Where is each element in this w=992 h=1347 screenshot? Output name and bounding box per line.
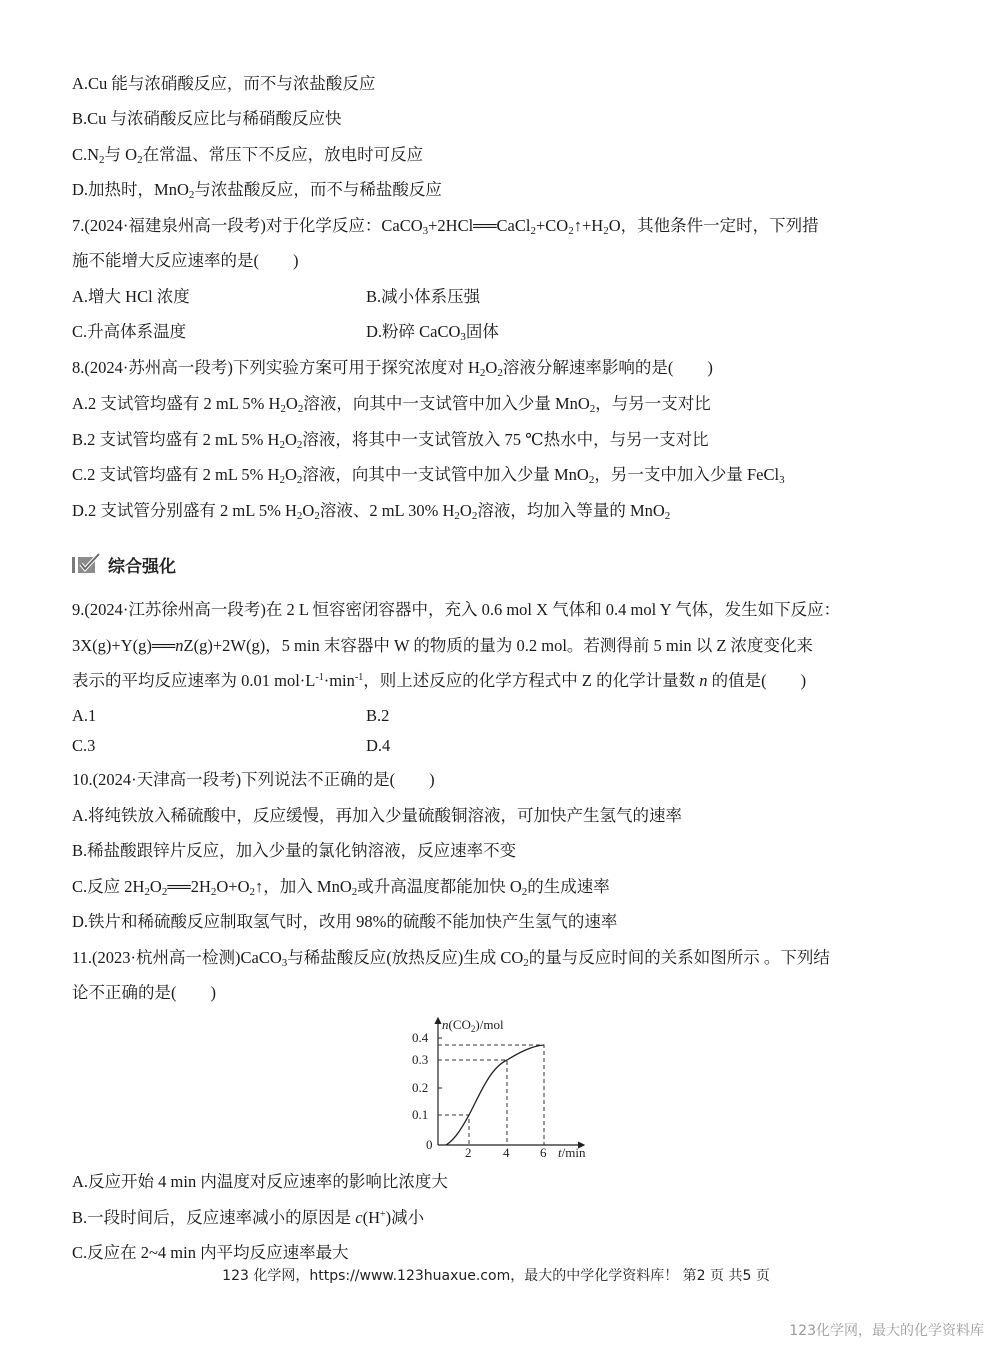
q9-option-a: A.1 [72, 705, 96, 727]
checkbox-check-icon [72, 553, 102, 575]
q11-option-a: A.反应开始 4 min 内温度对反应速率的影响比浓度大 [72, 1171, 448, 1193]
y-axis-label: n(CO2)/mol [442, 1017, 504, 1034]
q7-option-c: C.升高体系温度 [72, 321, 186, 343]
q10-stem: 10.(2024·天津高一段考)下列说法不正确的是() [72, 769, 435, 791]
origin-label: 0 [426, 1137, 433, 1152]
q10-option-c: C.反应 2H2O2══2H2O+O2↑，加入 MnO2或升高温度都能加快 O2… [72, 876, 610, 898]
watermark: 123化学网，最大的化学资料库 [789, 1320, 984, 1340]
q9-stem-line1: 9.(2024·江苏徐州高一段考)在 2 L 恒容密闭容器中，充入 0.6 mo… [72, 599, 840, 621]
q9-option-b: B.2 [366, 705, 389, 727]
q7-option-b: B.减小体系压强 [366, 286, 480, 308]
q11-option-c: C.反应在 2~4 min 内平均反应速率最大 [72, 1242, 349, 1264]
option-text: A.Cu 能与浓硝酸反应，而不与浓盐酸反应 [72, 74, 375, 93]
q9-stem-line3: 表示的平均反应速率为 0.01 mol·L-1·min-1，则上述反应的化学方程… [72, 670, 806, 692]
q8-option-d: D.2 支试管分别盛有 2 mL 5% H2O2溶液、2 mL 30% H2O2… [72, 500, 670, 522]
q7-stem-line1: 7.(2024·福建泉州高一段考)对于化学反应：CaCO3+2HCl══CaCl… [72, 215, 819, 237]
q7-option-a: A.增大 HCl 浓度 [72, 286, 190, 308]
x-tick-2: 2 [465, 1145, 472, 1160]
y-tick-0.3: 0.3 [412, 1052, 428, 1067]
y-tick-0.2: 0.2 [412, 1080, 428, 1095]
q8-option-a: A.2 支试管均盛有 2 mL 5% H2O2溶液，向其中一支试管中加入少量 M… [72, 393, 711, 415]
q10-option-a: A.将纯铁放入稀硫酸中，反应缓慢，再加入少量硫酸铜溶液，可加快产生氢气的速率 [72, 805, 682, 827]
q8-option-c: C.2 支试管均盛有 2 mL 5% H2O2溶液，向其中一支试管中加入少量 M… [72, 464, 785, 486]
x-tick-4: 4 [503, 1145, 510, 1160]
section-header: 综合强化 [72, 552, 176, 576]
q9-option-d: D.4 [366, 735, 390, 757]
q6-option-d: D.加热时，MnO2与浓盐酸反应，而不与稀盐酸反应 [72, 179, 442, 201]
y-tick-0.4: 0.4 [412, 1030, 429, 1045]
y-tick-0.1: 0.1 [412, 1107, 428, 1122]
q11-option-b: B.一段时间后，反应速率减小的原因是 c(H+)减小 [72, 1207, 424, 1229]
co2-time-chart: 0.4 0.3 0.2 0.1 0 2 4 6 n(CO2)/mol t/min [402, 1012, 598, 1160]
q10-option-b: B.稀盐酸跟锌片反应，加入少量的氯化钠溶液，反应速率不变 [72, 840, 516, 862]
q11-stem-line1: 11.(2023·杭州高一检测)CaCO3与稀盐酸反应(放热反应)生成 CO2的… [72, 947, 830, 969]
q7-option-d: D.粉碎 CaCO3固体 [366, 321, 499, 343]
q9-stem-line2: 3X(g)+Y(g)══nZ(g)+2W(g)，5 min 末容器中 W 的物质… [72, 635, 813, 657]
q9-option-c: C.3 [72, 735, 95, 757]
x-axis-label: t/min [558, 1145, 586, 1160]
q6-option-c: C.N2与 O2在常温、常压下不反应，放电时可反应 [72, 144, 423, 166]
q8-option-b: B.2 支试管均盛有 2 mL 5% H2O2溶液，将其中一支试管放入 75 ℃… [72, 429, 709, 451]
page-footer: 123 化学网，https://www.123huaxue.com，最大的中学化… [0, 1265, 992, 1285]
q8-stem: 8.(2024·苏州高一段考)下列实验方案可用于探究浓度对 H2O2溶液分解速率… [72, 357, 713, 379]
q6-option-a: A.Cu 能与浓硝酸反应，而不与浓盐酸反应 [72, 73, 375, 95]
x-tick-6: 6 [540, 1145, 547, 1160]
q11-stem-line2: 论不正确的是() [72, 982, 216, 1004]
q10-option-d: D.铁片和稀硫酸反应制取氢气时，改用 98%的硫酸不能加快产生氢气的速率 [72, 911, 617, 933]
section-title: 综合强化 [108, 552, 176, 577]
q6-option-b: B.Cu 与浓硝酸反应比与稀硝酸反应快 [72, 108, 342, 130]
q7-stem-line2: 施不能增大反应速率的是() [72, 250, 299, 272]
